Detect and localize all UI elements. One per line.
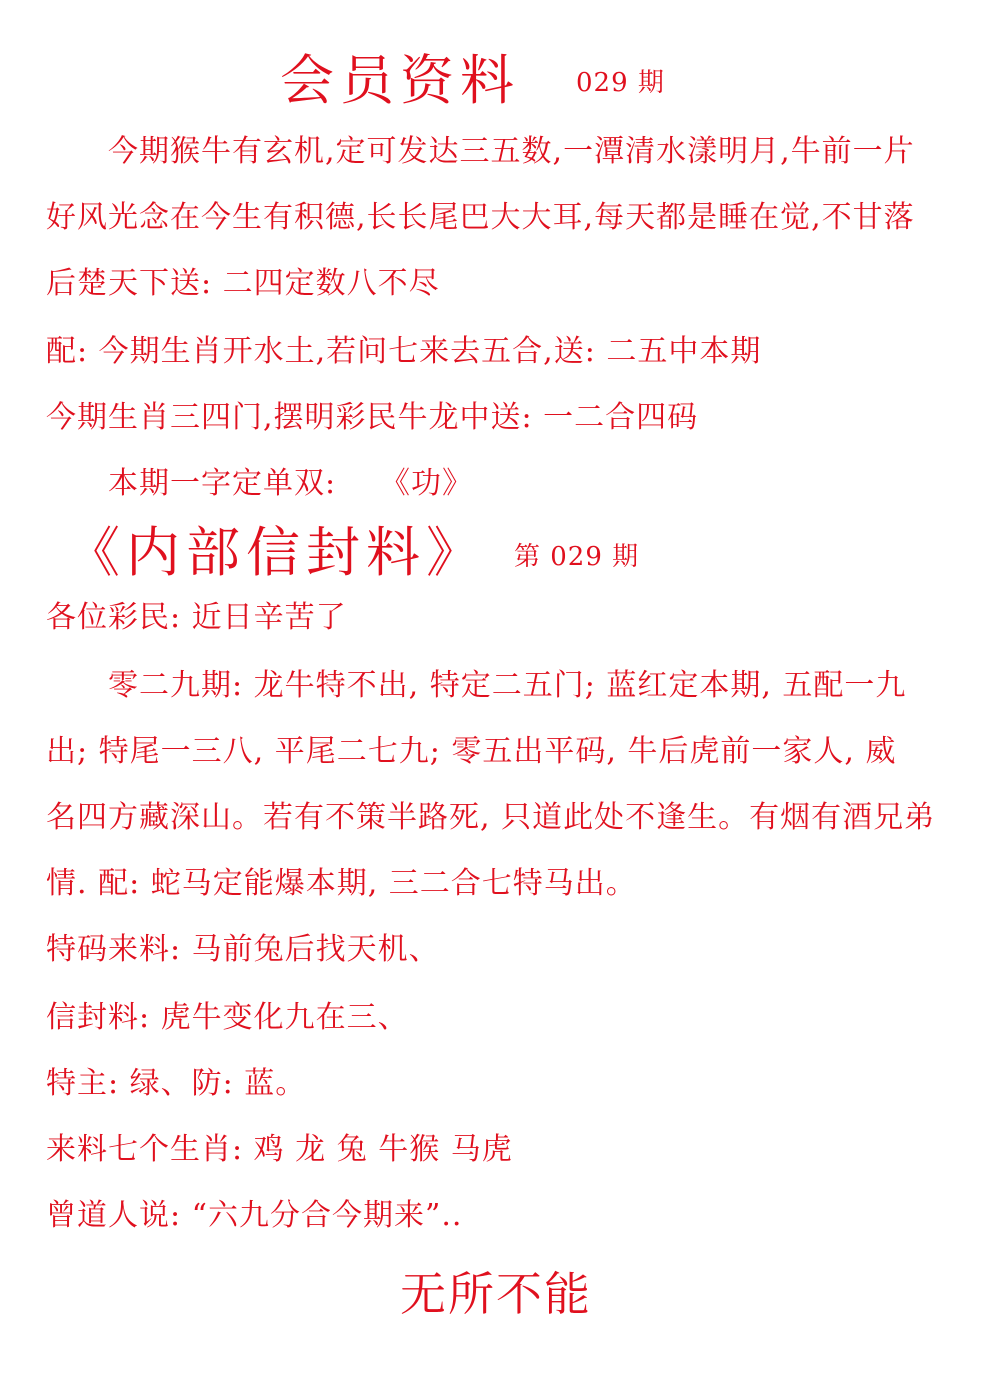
taoist-saying-line: 曾道人说: “六九分合今期来”..: [46, 1196, 462, 1236]
greeting-line: 各位彩民: 近日辛苦了: [46, 598, 347, 638]
closing-slogan: 无所不能: [400, 1258, 592, 1324]
envelope-issue: 第 029 期: [514, 536, 639, 573]
body-line-1: 零二九期: 龙牛特不出, 特定二五门; 蓝红定本期, 五配一九: [108, 666, 906, 706]
poem-line-2: 好风光念在今生有积德,长长尾巴大大耳,每天都是睡在觉,不甘落: [46, 198, 915, 238]
envelope-line: 信封料: 虎牛变化九在三、: [46, 998, 409, 1038]
special-code-line: 特码来料: 马前兔后找天机、: [46, 930, 440, 970]
poem-line-3: 后楚天下送: 二四定数八不尽: [46, 264, 440, 304]
body-line-4: 情. 配: 蛇马定能爆本期, 三二合七特马出。: [46, 864, 637, 904]
zodiac-line: 今期生肖三四门,摆明彩民牛龙中送: 一二合四码: [46, 398, 698, 438]
member-info-title: 会员资料: [280, 38, 520, 115]
envelope-title: 《内部信封料》: [66, 510, 486, 587]
seven-zodiac-line: 来料七个生肖: 鸡 龙 兔 牛猴 马虎: [46, 1130, 513, 1170]
single-char-value: 《功》: [380, 464, 473, 504]
main-color-line: 特主: 绿、防: 蓝。: [46, 1064, 306, 1104]
poem-line-1: 今期猴牛有玄机,定可发达三五数,一潭清水漾明月,牛前一片: [108, 132, 915, 172]
pei-line: 配: 今期生肖开水土,若问七来去五合,送: 二五中本期: [46, 332, 761, 372]
body-line-3: 名四方藏深山。若有不策半路死, 只道此处不逢生。有烟有酒兄弟: [46, 798, 935, 838]
body-line-2: 出; 特尾一三八, 平尾二七九; 零五出平码, 牛后虎前一家人, 威: [46, 732, 897, 772]
single-char-label: 本期一字定单双:: [108, 464, 336, 504]
member-info-issue: 029 期: [576, 62, 665, 99]
